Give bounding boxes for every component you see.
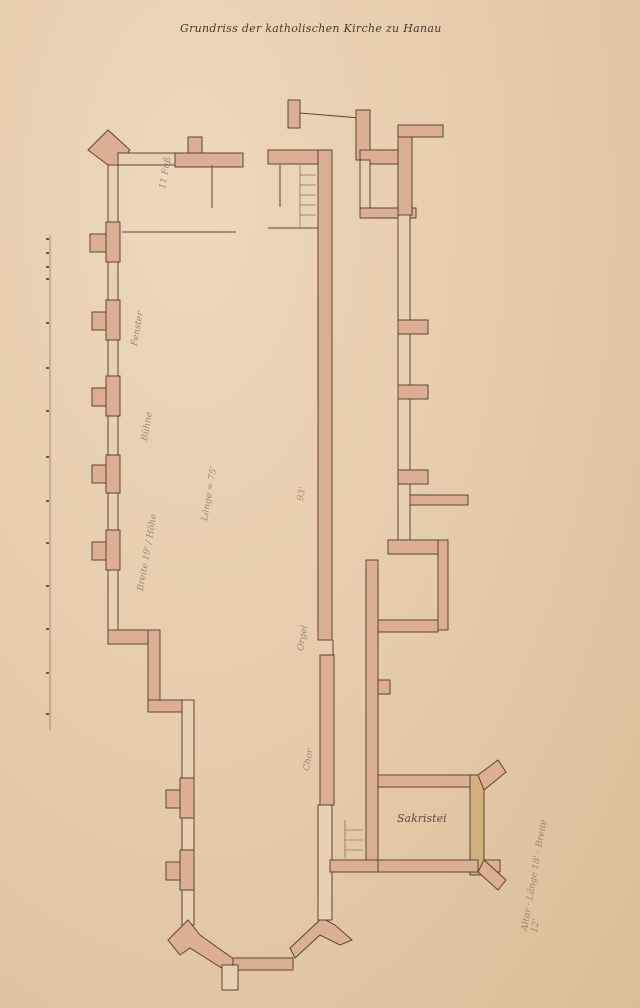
- floor-plan-sheet: Grundriss der katholischen Kirche zu Han…: [0, 0, 640, 1008]
- scale-bar: [46, 238, 49, 715]
- room-label-sacristy: Sakristei: [397, 812, 447, 825]
